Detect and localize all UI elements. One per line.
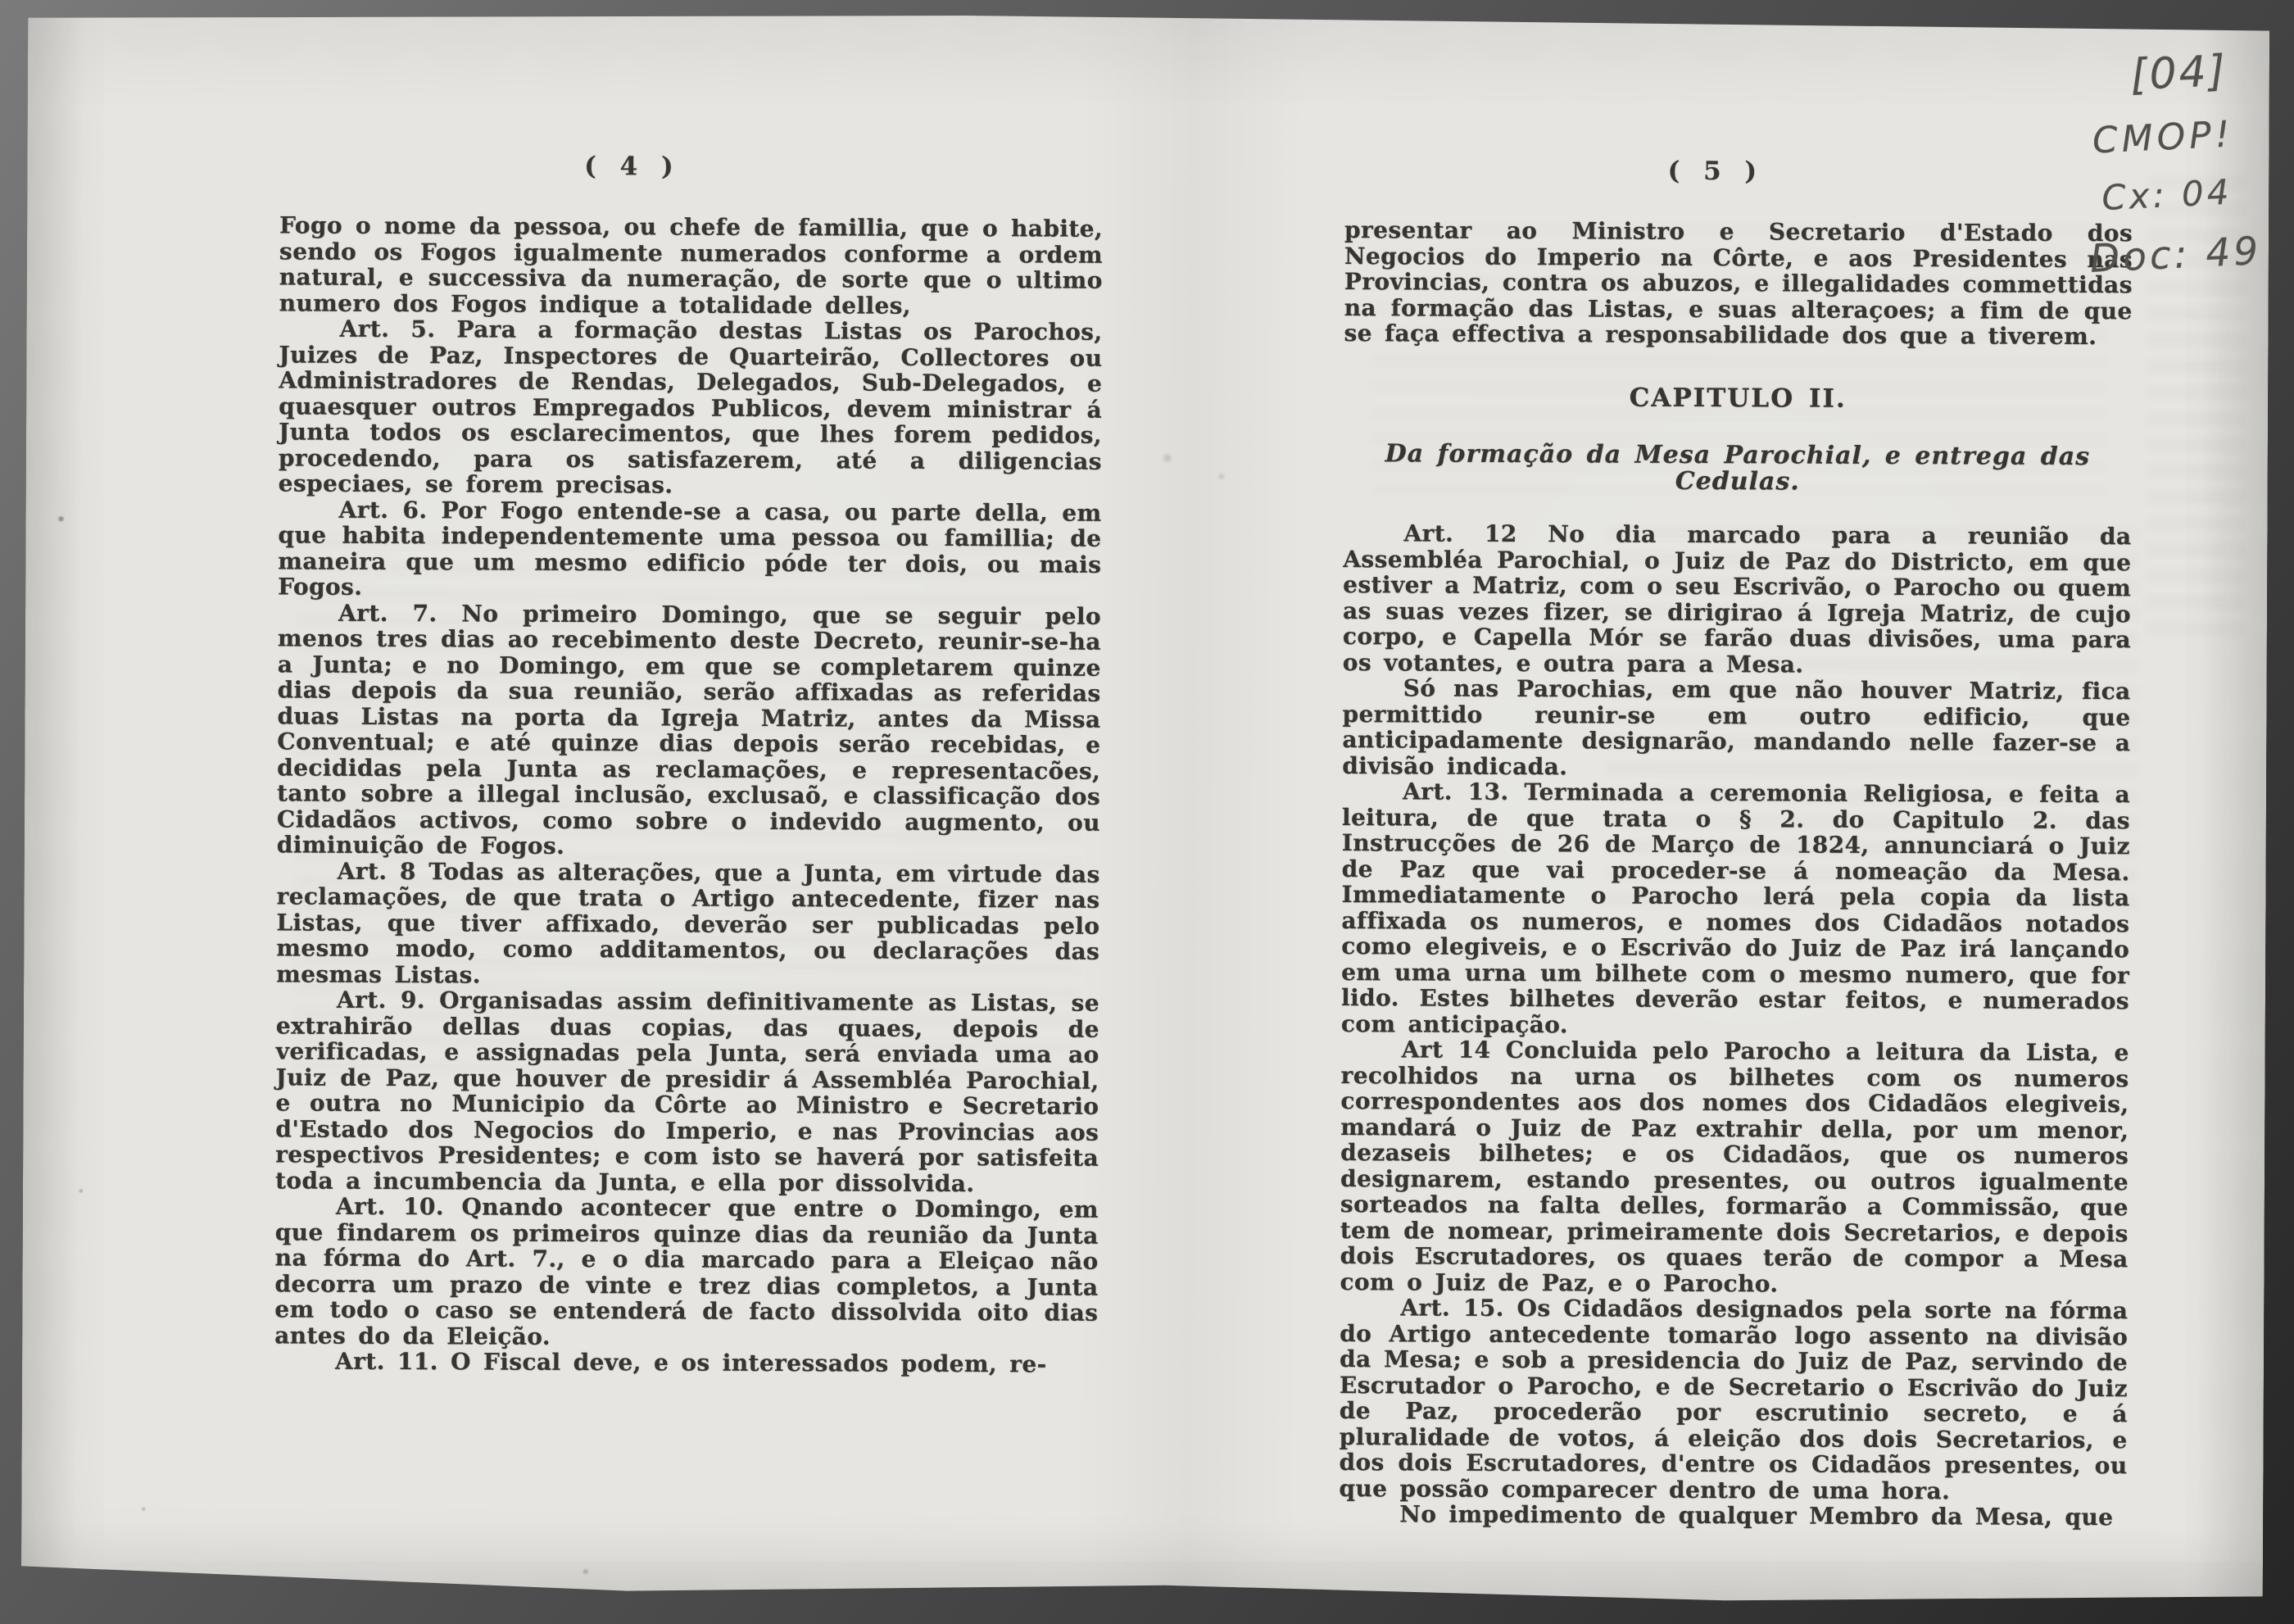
annotation-number: [04] <box>2129 44 2276 100</box>
article-paragraph: Art. 15. Os Cidadãos designados pela sor… <box>1339 1295 2128 1504</box>
article-paragraph: No impedimento de qualquer Membro da Mes… <box>1339 1501 2127 1531</box>
paper-specks <box>28 11 29 13</box>
page-number-left: ( 4 ) <box>220 150 1044 183</box>
article-paragraph: Art 14 Concluida pelo Parocho a leitura … <box>1340 1037 2129 1298</box>
paragraph-continuation: presentar ao Ministro e Secretario d'Est… <box>1344 217 2133 350</box>
article-paragraph: Art. 5. Para a formação destas Listas os… <box>279 315 1103 500</box>
page-4-text-block: Fogo o nome da pessoa, ou chefe de famil… <box>274 212 1103 1377</box>
scanner-background: ( 4 ) Fogo o nome da pessoa, ou chefe de… <box>0 0 2294 1624</box>
article-paragraph: Art. 10. Qnando acontecer que entre o Do… <box>274 1193 1099 1351</box>
page-5-text-block: presentar ao Ministro e Secretario d'Est… <box>1339 217 2133 1531</box>
article-paragraph: Art. 13. Terminada a ceremonia Religiosa… <box>1341 778 2130 1040</box>
article-paragraph: Art. 7. No primeiro Domingo, que se segu… <box>277 600 1101 861</box>
paragraph-continuation: Fogo o nome da pessoa, ou chefe de famil… <box>279 212 1104 319</box>
annotation-box-number: Cx: 04 <box>2101 170 2281 218</box>
page-number-right: ( 5 ) <box>1322 155 2110 188</box>
article-paragraph: Só nas Parochias, em que não houver Matr… <box>1342 675 2131 782</box>
article-paragraph: Art. 11. O Fiscal deve, e os interessado… <box>274 1348 1098 1377</box>
scanned-document-spread: ( 4 ) Fogo o nome da pessoa, ou chefe de… <box>21 11 2269 1606</box>
article-paragraph: Art. 9. Organisadas assim definitivament… <box>275 987 1099 1196</box>
page-4: ( 4 ) Fogo o nome da pessoa, ou chefe de… <box>274 150 1104 1377</box>
annotation-archive-code: CMOP! <box>2092 111 2278 162</box>
chapter-subtitle: Da formação da Mesa Parochial, e entrega… <box>1344 441 2132 496</box>
article-paragraph: Art. 8 Todas as alterações, que a Junta,… <box>276 858 1100 991</box>
chapter-heading: CAPITULO II. <box>1344 384 2132 414</box>
page-5: ( 5 ) presentar ao Ministro e Secretario… <box>1339 155 2133 1531</box>
article-paragraph: Art. 12 No dia marcado para a reunião da… <box>1343 520 2132 678</box>
article-paragraph: Art. 6. Por Fogo entende-se a casa, ou p… <box>278 497 1102 603</box>
archival-pencil-annotations: [04] CMOP! Cx: 04 Doc: 49 <box>2077 44 2284 282</box>
annotation-doc-number: Doc: 49 <box>2089 228 2284 282</box>
